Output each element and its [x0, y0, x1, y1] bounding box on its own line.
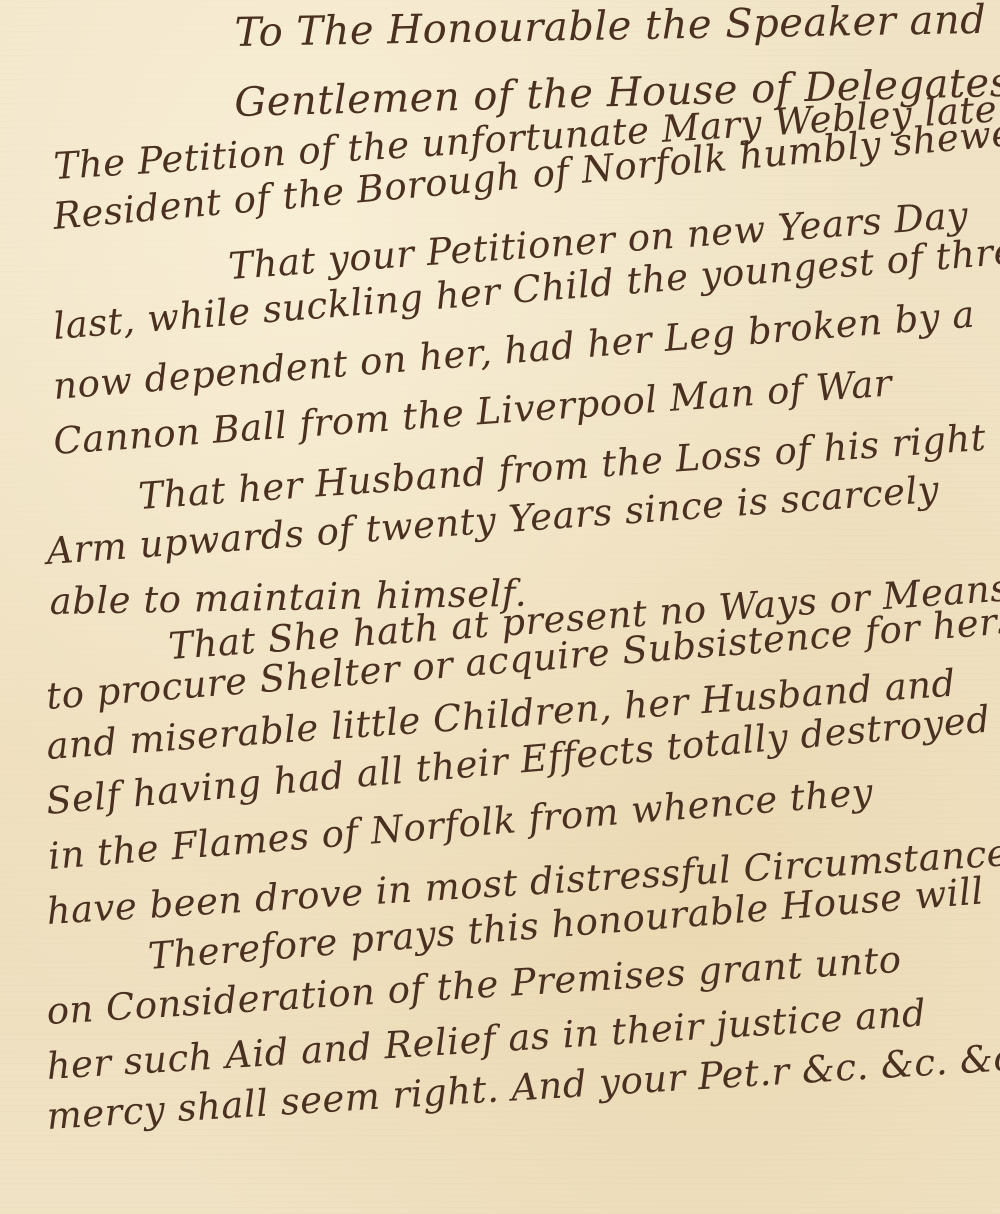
address-line-1: To The Honourable the Speaker and — [234, 0, 986, 56]
manuscript-page: To The Honourable the Speaker and Gentle… — [0, 0, 1000, 1214]
